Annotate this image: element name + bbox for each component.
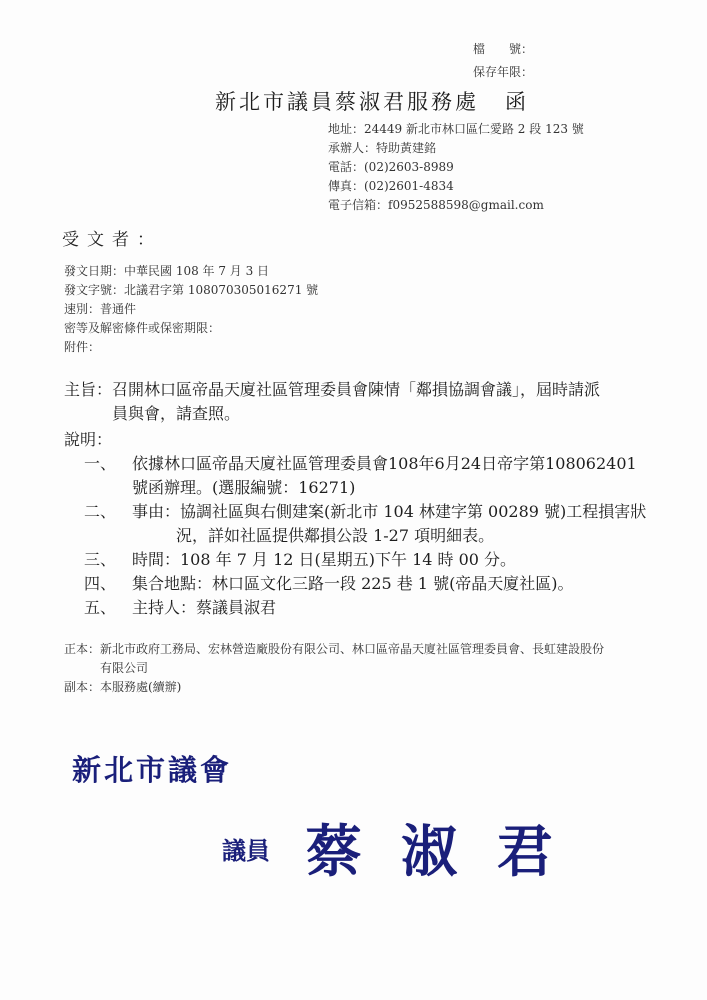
distribution: 正本：新北市政府工務局、宏林營造廠股份有限公司、林口區帝晶天廈社區管理委員會、長… — [64, 640, 604, 697]
speed-class: 速別：普通件 — [64, 300, 318, 319]
explanation-item-1: 一、依據林口區帝晶天廈社區管理委員會108年6月24日帝字第108062401 … — [64, 452, 646, 500]
item-text-cont: 號函辦理。(選服編號：16271) — [84, 476, 646, 500]
explanation-item-4: 四、集合地點：林口區文化三路一段 225 巷 1 號(帝晶天廈社區)。 — [64, 572, 646, 596]
explanation-label: 說明： — [64, 428, 646, 452]
signature-block: 議員 蔡 淑 君 — [222, 808, 553, 888]
file-number-label: 檔 號： — [473, 40, 533, 57]
subject: 主旨：召開林口區帝晶天廈社區管理委員會陳情「鄰損協調會議」，屆時請派 員與會，請… — [64, 378, 600, 426]
explanation-item-2: 二、事由：協調社區與右側建案(新北市 104 林建字第 00289 號)工程損害… — [64, 500, 646, 548]
item-number: 三、 — [84, 548, 132, 572]
recipient-label: 受文者： — [62, 225, 162, 250]
main-recipients: 正本：新北市政府工務局、宏林營造廠股份有限公司、林口區帝晶天廈社區管理委員會、長… — [64, 640, 604, 659]
title-type: 函 — [505, 90, 529, 114]
contact-fax: 傳真：(02)2601-4834 — [328, 177, 584, 196]
title-org: 新北市議員蔡淑君服務處 — [215, 90, 479, 114]
doc-meta: 發文日期：中華民國 108 年 7 月 3 日 發文字號：北議君字第 10807… — [64, 262, 318, 357]
retention-label: 保存年限： — [473, 63, 533, 80]
main-recipients-cont: 有限公司 — [64, 659, 604, 678]
issue-date: 發文日期：中華民國 108 年 7 月 3 日 — [64, 262, 318, 281]
contact-handler: 承辦人：特助黃建銘 — [328, 139, 584, 158]
doc-number: 發文字號：北議君字第 108070305016271 號 — [64, 281, 318, 300]
item-number: 一、 — [84, 452, 132, 476]
item-text: 集合地點：林口區文化三路一段 225 巷 1 號(帝晶天廈社區)。 — [132, 574, 574, 593]
contact-phone: 電話：(02)2603-8989 — [328, 158, 584, 177]
document-title: 新北市議員蔡淑君服務處函 — [215, 86, 529, 116]
signature-char-3: 君 — [497, 819, 553, 885]
item-text: 事由：協調社區與右側建案(新北市 104 林建字第 00289 號)工程損害狀 — [132, 502, 646, 521]
item-text-cont: 況，詳如社區提供鄰損公設 1-27 項明細表。 — [84, 524, 646, 548]
contact-address: 地址：24449 新北市林口區仁愛路 2 段 123 號 — [328, 120, 584, 139]
item-text: 主持人：蔡議員淑君 — [132, 598, 276, 617]
signature-char-2: 淑 — [401, 819, 457, 885]
subject-label: 主旨： — [64, 380, 112, 399]
item-number: 二、 — [84, 500, 132, 524]
signature-char-1: 蔡 — [306, 819, 362, 885]
item-text: 依據林口區帝晶天廈社區管理委員會108年6月24日帝字第108062401 — [132, 454, 637, 473]
explanation: 說明： 一、依據林口區帝晶天廈社區管理委員會108年6月24日帝字第108062… — [64, 428, 646, 620]
item-number: 四、 — [84, 572, 132, 596]
explanation-item-3: 三、時間：108 年 7 月 12 日(星期五)下午 14 時 00 分。 — [64, 548, 646, 572]
copy-recipients: 副本：本服務處(續辦) — [64, 678, 604, 697]
signature-title: 議員 — [222, 836, 270, 865]
council-stamp: 新北市議會 — [72, 748, 232, 789]
contact-block: 地址：24449 新北市林口區仁愛路 2 段 123 號 承辦人：特助黃建銘 電… — [328, 120, 584, 215]
item-text: 時間：108 年 7 月 12 日(星期五)下午 14 時 00 分。 — [132, 550, 516, 569]
secrecy-level: 密等及解密條件或保密期限： — [64, 319, 318, 338]
subject-line-2: 員與會，請查照。 — [64, 402, 600, 426]
attachment: 附件： — [64, 338, 318, 357]
subject-line-1: 召開林口區帝晶天廈社區管理委員會陳情「鄰損協調會議」，屆時請派 — [112, 380, 600, 399]
explanation-item-5: 五、主持人：蔡議員淑君 — [64, 596, 646, 620]
item-number: 五、 — [84, 596, 132, 620]
contact-email: 電子信箱：f0952588598@gmail.com — [328, 196, 584, 215]
